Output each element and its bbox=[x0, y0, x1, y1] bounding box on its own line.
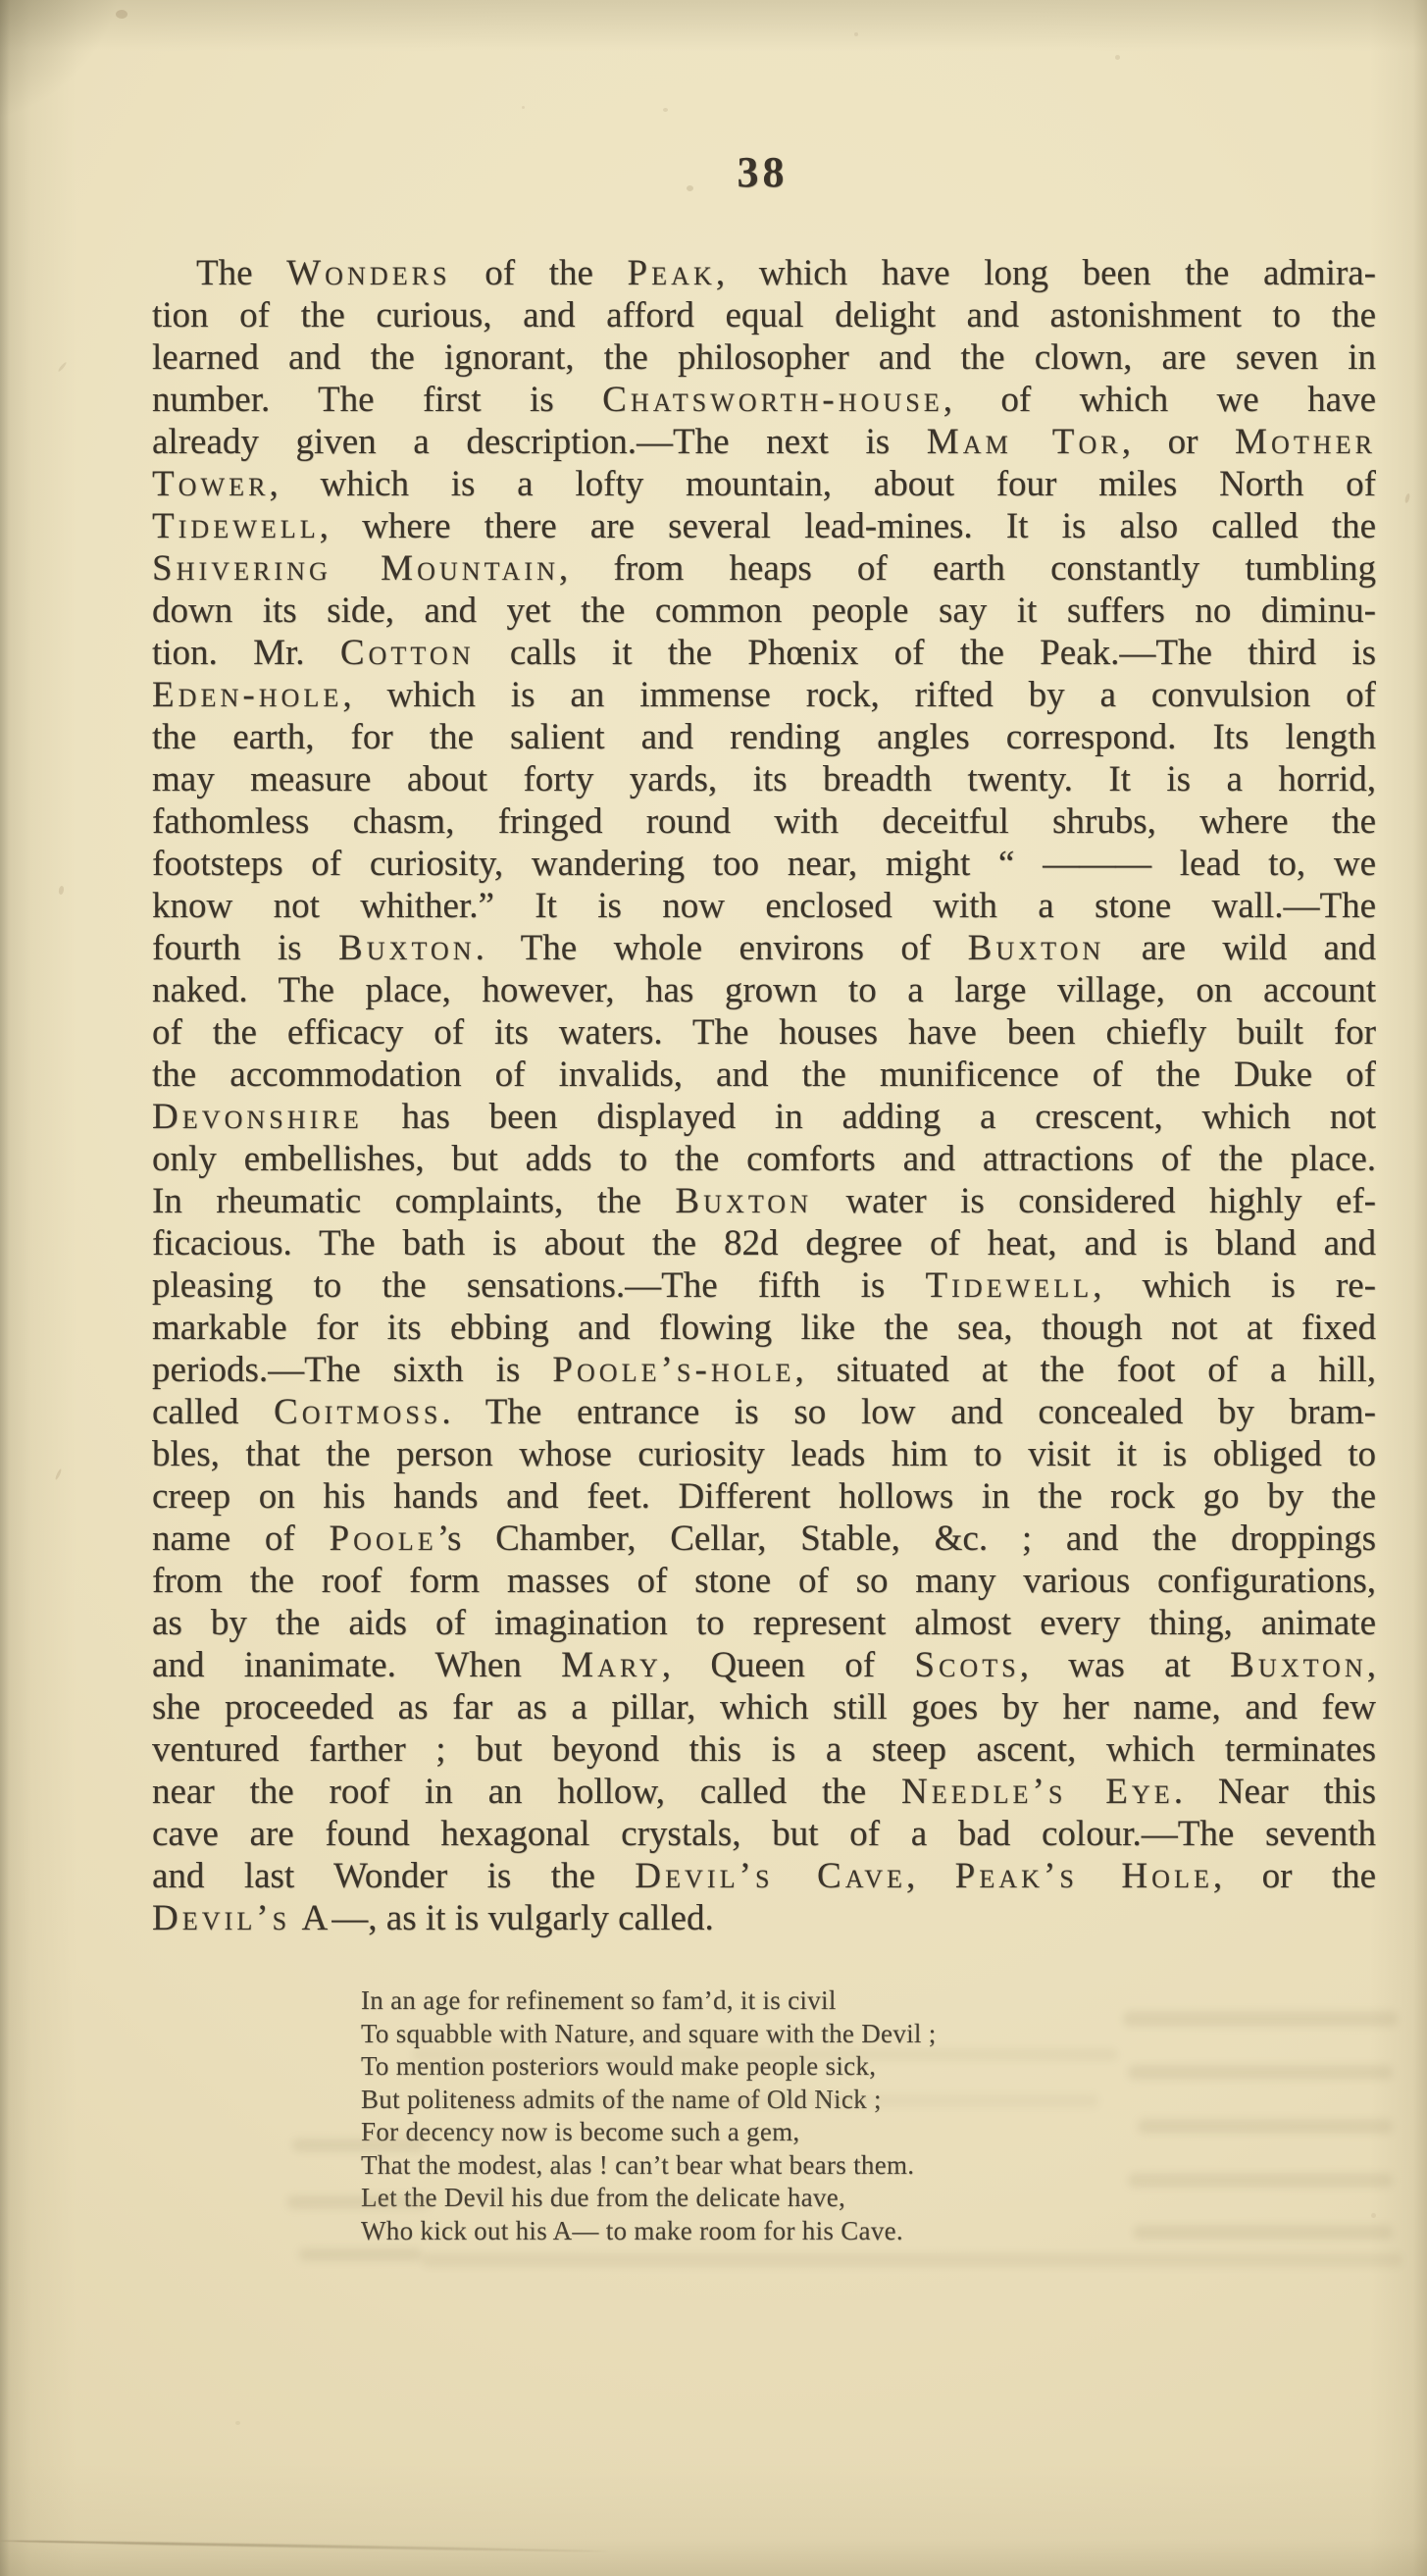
poem-line: Who kick out his A— to make room for his… bbox=[361, 2215, 937, 2248]
text-line: ficacious. The bath is about the 82d deg… bbox=[152, 1222, 1376, 1264]
poem: In an age for refinement so fam’d, it is… bbox=[361, 1984, 937, 2247]
small-caps-text: Cotton bbox=[340, 633, 475, 673]
text-line: Devonshire has been displayed in adding … bbox=[152, 1096, 1376, 1138]
text-line: The Wonders of the Peak, which have long… bbox=[152, 252, 1376, 294]
text-line: tion. Mr. Cotton calls it the Phœnix of … bbox=[152, 632, 1376, 674]
small-caps-text: Tidewell bbox=[925, 1265, 1093, 1306]
text-line: learned and the ignorant, the philosophe… bbox=[152, 336, 1376, 379]
small-caps-text: Mother bbox=[1235, 422, 1376, 462]
text-line: tion of the curious, and afford equal de… bbox=[152, 294, 1376, 336]
small-caps-text: Poole bbox=[329, 1519, 436, 1559]
poem-line: For decency now is become such a gem, bbox=[361, 2116, 937, 2149]
text-line: from the roof form masses of stone of so… bbox=[152, 1560, 1376, 1602]
text-line: of the efficacy of its waters. The house… bbox=[152, 1011, 1376, 1054]
poem-line: To squabble with Nature, and square with… bbox=[361, 2018, 937, 2051]
show-through-smudge bbox=[412, 2048, 1118, 2061]
show-through-smudge bbox=[1128, 2065, 1393, 2080]
text-line: already given a description.—The next is… bbox=[152, 421, 1376, 463]
small-caps-text: Coitmoss bbox=[274, 1392, 441, 1432]
paper-crease bbox=[0, 2540, 608, 2553]
margin-mark bbox=[58, 886, 64, 896]
paper-speck bbox=[235, 2421, 240, 2425]
text-line: as by the aids of imagination to represe… bbox=[152, 1602, 1376, 1644]
margin-mark bbox=[57, 361, 67, 372]
small-caps-text: Peak’s Hole bbox=[955, 1856, 1213, 1896]
small-caps-text: Wonders bbox=[286, 253, 450, 293]
show-through-smudge bbox=[490, 2094, 1098, 2107]
small-caps-text: Peak bbox=[628, 253, 716, 293]
paper-speck bbox=[1115, 55, 1120, 60]
show-through-smudge bbox=[292, 2138, 425, 2152]
small-caps-text: Buxton bbox=[338, 928, 476, 968]
text-line: ventured farther ; but beyond this is a … bbox=[152, 1728, 1376, 1771]
margin-mark bbox=[55, 1468, 63, 1480]
show-through-smudge bbox=[1128, 2173, 1393, 2188]
paper-speck bbox=[1371, 2213, 1376, 2218]
text-line: near the roof in an hollow, called the N… bbox=[152, 1771, 1376, 1813]
small-caps-text: Tower bbox=[152, 464, 270, 504]
text-line: know not whither.” It is now enclosed wi… bbox=[152, 885, 1376, 927]
page-number: 38 bbox=[49, 147, 1427, 197]
body-text: The Wonders of the Peak, which have long… bbox=[152, 252, 1376, 1939]
text-line: In rheumatic complaints, the Buxton wate… bbox=[152, 1180, 1376, 1222]
small-caps-text: Devil’s A bbox=[152, 1898, 331, 1938]
text-line: creep on his hands and feet. Different h… bbox=[152, 1475, 1376, 1518]
text-line: naked. The place, however, has grown to … bbox=[152, 969, 1376, 1011]
paper-speck bbox=[116, 10, 127, 19]
text-line: fathomless chasm, fringed round with dec… bbox=[152, 800, 1376, 843]
small-caps-text: Buxton bbox=[1230, 1645, 1367, 1685]
small-caps-text: Chatsworth-house bbox=[602, 380, 943, 420]
small-caps-text: Mary bbox=[561, 1645, 662, 1685]
text-line: called Coitmoss. The entrance is so low … bbox=[152, 1391, 1376, 1433]
paper-speck bbox=[854, 32, 858, 36]
text-line: she proceeded as far as a pillar, which … bbox=[152, 1686, 1376, 1728]
text-line: and inanimate. When Mary, Queen of Scots… bbox=[152, 1644, 1376, 1686]
text-line: Devil’s A—, as it is vulgarly called. bbox=[152, 1897, 1376, 1939]
text-line: only embellishes, but adds to the comfor… bbox=[152, 1138, 1376, 1180]
small-caps-text: Eden-hole bbox=[152, 675, 342, 715]
text-line: and last Wonder is the Devil’s Cave, Pea… bbox=[152, 1855, 1376, 1897]
show-through-smudge bbox=[299, 2248, 422, 2261]
small-caps-text: Needle’s Eye bbox=[901, 1772, 1174, 1812]
text-line: number. The first is Chatsworth-house, o… bbox=[152, 379, 1376, 421]
show-through-smudge bbox=[1138, 2119, 1393, 2134]
text-line: fourth is Buxton. The whole environs of … bbox=[152, 927, 1376, 969]
show-through-smudge bbox=[1123, 2011, 1398, 2027]
text-line: down its side, and yet the common people… bbox=[152, 590, 1376, 632]
text-line: markable for its ebbing and flowing like… bbox=[152, 1307, 1376, 1349]
paper-speck bbox=[522, 106, 525, 109]
show-through-smudge bbox=[287, 2195, 430, 2209]
paper-speck bbox=[687, 185, 693, 191]
text-line: bles, that the person whose curiosity le… bbox=[152, 1433, 1376, 1475]
margin-mark bbox=[1404, 493, 1410, 504]
small-caps-text: Poole’s-hole bbox=[552, 1350, 794, 1390]
text-line: Tidewell, where there are several lead-m… bbox=[152, 505, 1376, 547]
text-line: name of Poole’s Chamber, Cellar, Stable,… bbox=[152, 1518, 1376, 1560]
small-caps-text: Shivering Mountain bbox=[152, 548, 559, 589]
poem-line: Let the Devil his due from the delicate … bbox=[361, 2182, 937, 2215]
show-through-smudge bbox=[422, 2253, 1402, 2267]
paper-speck bbox=[663, 108, 668, 112]
text-line: Tower, which is a lofty mountain, about … bbox=[152, 463, 1376, 505]
text-line: cave are found hexagonal crystals, but o… bbox=[152, 1813, 1376, 1855]
text-line: Eden-hole, which is an immense rock, rif… bbox=[152, 674, 1376, 716]
text-line: the accommodation of invalids, and the m… bbox=[152, 1054, 1376, 1096]
text-line: footsteps of curiosity, wandering too ne… bbox=[152, 843, 1376, 885]
show-through-smudge bbox=[1133, 2225, 1393, 2240]
small-caps-text: Devonshire bbox=[152, 1097, 363, 1137]
small-caps-text: Buxton bbox=[675, 1181, 812, 1221]
small-caps-text: Devil’s Cave bbox=[635, 1856, 906, 1896]
small-caps-text: Mam Tor bbox=[927, 422, 1122, 462]
small-caps-text: Tidewell bbox=[152, 506, 320, 546]
poem-line: In an age for refinement so fam’d, it is… bbox=[361, 1984, 937, 2018]
text-line: periods.—The sixth is Poole’s-hole, situ… bbox=[152, 1349, 1376, 1391]
poem-line: That the modest, alas ! can’t bear what … bbox=[361, 2149, 937, 2183]
text-line: Shivering Mountain, from heaps of earth … bbox=[152, 547, 1376, 590]
text-line: may measure about forty yards, its bread… bbox=[152, 758, 1376, 800]
small-caps-text: Buxton bbox=[968, 928, 1105, 968]
text-line: pleasing to the sensations.—The fifth is… bbox=[152, 1264, 1376, 1307]
small-caps-text: Scots bbox=[914, 1645, 1019, 1685]
text-line: the earth, for the salient and rending a… bbox=[152, 716, 1376, 758]
book-page: 38 The Wonders of the Peak, which have l… bbox=[0, 0, 1427, 2576]
